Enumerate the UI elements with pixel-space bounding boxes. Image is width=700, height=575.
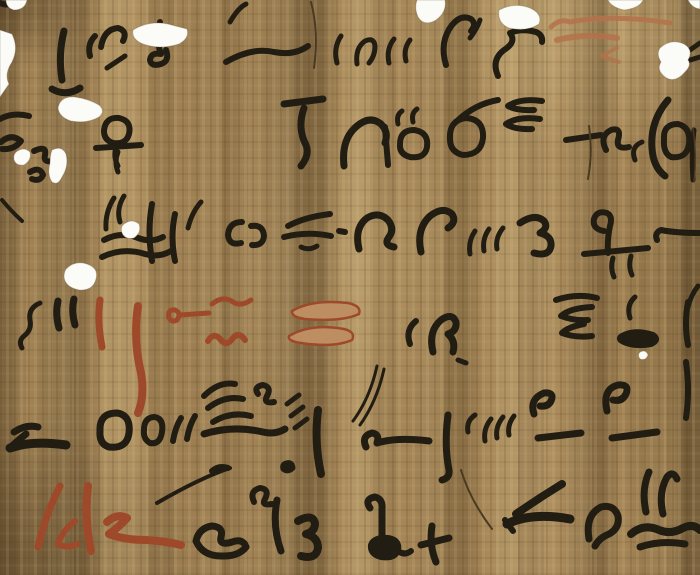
- damage-patch: [416, 0, 446, 23]
- ink-stroke-black: [468, 415, 475, 432]
- ink-stroke-black: [89, 36, 95, 56]
- ink-stroke-black: [413, 109, 418, 122]
- ink-stroke-black: [204, 384, 235, 397]
- ink-stroke-black: [275, 500, 281, 551]
- ink-stroke-black: [485, 419, 491, 441]
- ink-stroke-black: [353, 366, 377, 421]
- ink-stroke-black: [252, 488, 272, 504]
- ink-stroke-black: [230, 4, 246, 22]
- ink-stroke-black: [57, 301, 59, 328]
- ink-stroke-black: [686, 362, 688, 418]
- ink-stroke-black: [516, 484, 562, 514]
- ink-stroke-black: [1, 137, 21, 149]
- ink-stroke-black: [400, 130, 427, 157]
- ink-stroke-black: [606, 385, 627, 411]
- damage-patch: [658, 42, 690, 80]
- papyrus-artwork: [0, 0, 700, 575]
- ink-stroke-black: [144, 417, 162, 443]
- damage-patch: [6, 0, 27, 10]
- ink-stroke-black: [208, 398, 243, 408]
- ink-stroke-black: [301, 108, 307, 166]
- ink-stroke-black: [620, 332, 656, 345]
- ink-stroke-black: [287, 395, 299, 404]
- ink-stroke-black: [594, 212, 611, 253]
- ink-stroke-black: [358, 215, 394, 249]
- ink-stroke-black: [561, 307, 592, 320]
- ink-stroke-black: [420, 210, 454, 252]
- ink-stroke-black: [444, 17, 474, 65]
- ink-stroke-black: [458, 360, 466, 363]
- ink-stroke-black: [20, 303, 40, 348]
- ink-stroke-black: [284, 234, 331, 237]
- ink-stroke-black: [640, 543, 685, 547]
- ink-stroke-black: [507, 516, 570, 524]
- ink-stroke-black: [256, 385, 274, 402]
- ink-stroke-black: [520, 217, 551, 254]
- ink-stroke-black: [630, 256, 632, 275]
- ink-stroke-black: [73, 299, 75, 325]
- ink-stroke-black: [690, 43, 700, 50]
- ink-stroke-black: [588, 506, 618, 546]
- ink-stroke-black: [106, 198, 114, 229]
- ink-stroke-black: [119, 196, 124, 222]
- ink-stroke-black: [301, 246, 317, 249]
- ink-stroke-red: [38, 486, 60, 547]
- ink-stroke-black: [213, 414, 251, 422]
- ink-stroke-black: [509, 416, 514, 435]
- damage-patch: [639, 351, 649, 360]
- ink-stroke-black: [60, 31, 64, 80]
- ink-stroke-black: [644, 472, 649, 512]
- ink-stroke-red: [289, 327, 353, 345]
- ink-stroke-black: [283, 463, 293, 471]
- ink-stroke-black: [116, 152, 118, 172]
- ink-stroke-black: [228, 222, 242, 244]
- ink-stroke-black: [398, 111, 403, 124]
- ink-stroke-black: [52, 88, 80, 93]
- ink-stroke-black: [631, 526, 700, 534]
- ink-stroke-black: [2, 200, 22, 221]
- ink-stroke-black: [388, 39, 394, 63]
- ink-stroke-black: [385, 127, 388, 165]
- damage-patch: [14, 149, 31, 165]
- ink-stroke-red: [107, 516, 181, 545]
- ink-stroke-black: [364, 433, 429, 447]
- ink-stroke-black: [187, 416, 195, 439]
- ink-stroke-black: [157, 468, 230, 503]
- ink-stroke-black: [344, 120, 387, 166]
- ink-stroke-black: [656, 230, 700, 240]
- ink-stroke-black: [102, 251, 171, 257]
- ink-stroke-black: [204, 429, 285, 434]
- ink-stroke-black: [398, 551, 411, 554]
- ink-stroke-black: [30, 170, 43, 180]
- ink-stroke-red: [169, 310, 179, 321]
- damage-patch: [64, 263, 97, 290]
- ink-stroke-black: [96, 145, 141, 148]
- damage-patch: [133, 23, 188, 47]
- ink-stroke-black: [506, 118, 540, 129]
- ink-stroke-black: [566, 135, 601, 140]
- ink-stroke-black: [497, 228, 503, 249]
- ink-stroke-black: [612, 258, 614, 277]
- ink-stroke-black: [470, 231, 475, 254]
- ink-stroke-black: [405, 40, 410, 61]
- damage-patch: [121, 221, 139, 238]
- ink-stroke-black: [450, 118, 483, 155]
- ink-stroke-black: [173, 418, 181, 441]
- damage-patch: [49, 148, 67, 183]
- ink-stroke-black: [508, 100, 542, 110]
- ink-stroke-red: [292, 302, 360, 320]
- papyrus-crack: [461, 470, 492, 529]
- ink-stroke-black: [173, 214, 176, 261]
- damage-patch: [688, 0, 700, 9]
- ink-stroke-red: [87, 486, 91, 551]
- ink-stroke-black: [196, 526, 246, 556]
- ink-stroke-black: [496, 30, 543, 76]
- ink-stroke-black: [421, 538, 449, 545]
- ink-stroke-black: [284, 99, 323, 104]
- ink-stroke-black: [584, 248, 648, 254]
- ink-stroke-red: [551, 18, 670, 27]
- ink-stroke-black: [357, 40, 375, 64]
- ink-stroke-black: [100, 413, 129, 447]
- ink-stroke-black: [457, 100, 498, 121]
- ink-stroke-black: [317, 410, 321, 474]
- ink-stroke-red: [212, 299, 251, 304]
- ink-stroke-red: [58, 521, 77, 547]
- ink-stroke-black: [188, 202, 201, 228]
- ink-stroke-red: [601, 48, 619, 62]
- ink-stroke-black: [432, 316, 456, 352]
- ink-stroke-black: [408, 321, 416, 344]
- ink-stroke-red: [136, 306, 142, 413]
- ink-stroke-black: [339, 231, 345, 232]
- ink-stroke-black: [664, 124, 689, 157]
- ink-stroke-black: [686, 302, 688, 345]
- ink-stroke-black: [107, 56, 125, 68]
- ink-stroke-black: [533, 393, 552, 414]
- ink-stroke-black: [0, 115, 29, 119]
- ink-stroke-black: [484, 229, 489, 251]
- ink-stroke-black: [629, 297, 635, 318]
- ink-stroke-black: [603, 129, 629, 150]
- damage-patch: [499, 5, 540, 29]
- ink-stroke-black: [226, 46, 308, 62]
- ink-stroke-black: [442, 415, 449, 480]
- ink-stroke-black: [251, 226, 264, 245]
- ink-stroke-black: [612, 432, 657, 438]
- ink-stroke-black: [556, 296, 597, 300]
- ink-stroke-black: [538, 433, 581, 438]
- damage-patch: [58, 97, 103, 122]
- ink-stroke-red: [99, 300, 102, 347]
- ink-stroke-red: [557, 36, 617, 40]
- ink-stroke-black: [497, 417, 503, 438]
- damage-patch: [0, 30, 16, 97]
- ink-stroke-black: [360, 369, 384, 425]
- damage-patch: [608, 0, 643, 10]
- ink-stroke-black: [336, 36, 341, 63]
- ink-stroke-black: [371, 538, 398, 557]
- ink-stroke-black: [368, 497, 382, 538]
- ink-stroke-black: [295, 419, 307, 428]
- ink-stroke-black: [150, 204, 153, 261]
- ink-stroke-black: [104, 118, 130, 143]
- ink-stroke-black: [634, 142, 642, 160]
- ink-stroke-black: [298, 517, 318, 557]
- ink-stroke-black: [288, 214, 330, 226]
- papyrus-crack: [311, 2, 316, 68]
- ink-stroke-black: [562, 324, 592, 337]
- ink-stroke-red: [180, 313, 209, 315]
- ink-stroke-black: [661, 474, 677, 514]
- papyrus-scan: [0, 0, 700, 575]
- ink-stroke-red: [208, 335, 245, 343]
- ink-stroke-black: [291, 407, 303, 416]
- ink-stroke-black: [10, 443, 66, 448]
- ink-stroke-black: [101, 28, 125, 47]
